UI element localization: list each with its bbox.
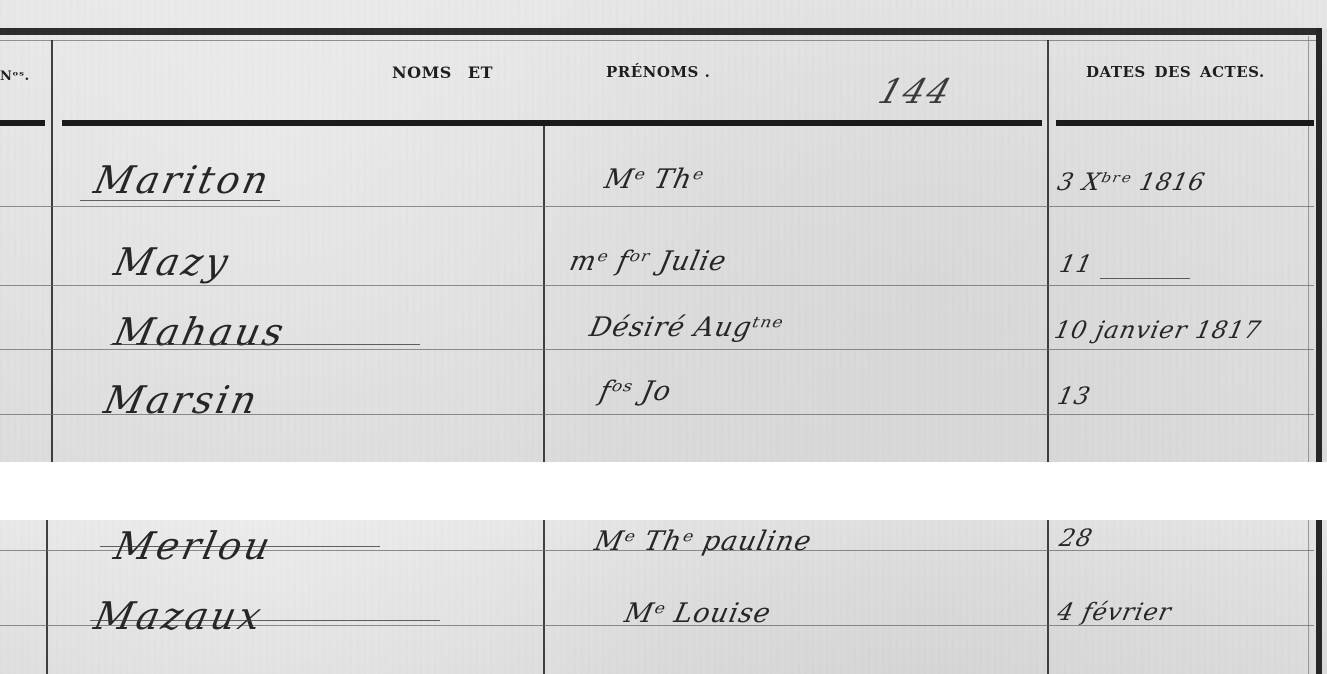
name-underline <box>90 620 440 621</box>
name-underline <box>100 546 380 547</box>
column-divider-names <box>543 520 545 674</box>
entry-name: Marsin <box>100 378 263 422</box>
column-divider-dates <box>1047 520 1049 674</box>
entry-given-names: Mᵉ Thᵉ pauline <box>592 526 815 557</box>
row-rule <box>0 285 1314 286</box>
register-page-bottom: Merlou Mᵉ Thᵉ pauline 28 Mazaux Mᵉ Louis… <box>0 520 1327 674</box>
folio-number: 144 <box>874 72 958 112</box>
header-number: Nᵒˢ. <box>0 69 30 84</box>
right-inner-rule <box>1308 520 1309 674</box>
entry-given-names: Désiré Augᵗⁿᵉ <box>587 312 786 343</box>
scan-gap <box>0 462 1327 520</box>
column-divider-number <box>46 520 48 674</box>
entry-name: Mazaux <box>90 594 268 638</box>
header-rule <box>62 120 1042 126</box>
name-underline <box>80 200 280 201</box>
entry-given-names: Mᵉ Thᵉ <box>602 164 707 195</box>
top-thin-rule <box>0 40 1316 41</box>
header-rule <box>0 120 45 126</box>
top-border-rule <box>0 28 1316 35</box>
entry-given-names: fᵒˢ Jo <box>597 376 675 407</box>
row-rule <box>0 206 1314 207</box>
entry-given-names: mᵉ fᵒʳ Julie <box>567 246 730 277</box>
entry-date: 13 <box>1055 382 1093 410</box>
header-given-names: PRÉNOMS . <box>606 63 710 81</box>
register-page-top: Nᵒˢ. NOMS ET PRÉNOMS . DATES DES ACTES. … <box>0 0 1327 462</box>
entry-date: 28 <box>1057 524 1095 552</box>
entry-date: 3 Xᵇʳᵉ 1816 <box>1055 168 1208 196</box>
column-divider-number <box>51 40 53 462</box>
column-divider-names <box>543 124 545 462</box>
entry-name: Mazy <box>110 240 234 284</box>
entry-date: 11 <box>1057 250 1095 278</box>
entry-given-names: Mᵉ Louise <box>622 598 774 629</box>
right-inner-rule <box>1308 36 1309 462</box>
entry-name: Mariton <box>90 158 275 202</box>
entry-date: 10 janvier 1817 <box>1052 316 1264 344</box>
entry-name: Mahaus <box>110 310 290 354</box>
right-border-rule <box>1316 520 1322 674</box>
header-dates: DATES DES ACTES. <box>1086 63 1265 81</box>
header-names: NOMS ET <box>392 63 493 82</box>
name-underline <box>110 344 420 345</box>
right-border-rule <box>1316 28 1322 462</box>
entry-date: 4 février <box>1055 598 1174 626</box>
column-divider-dates <box>1047 40 1049 462</box>
ditto-dash <box>1100 278 1190 279</box>
header-rule <box>1056 120 1314 126</box>
